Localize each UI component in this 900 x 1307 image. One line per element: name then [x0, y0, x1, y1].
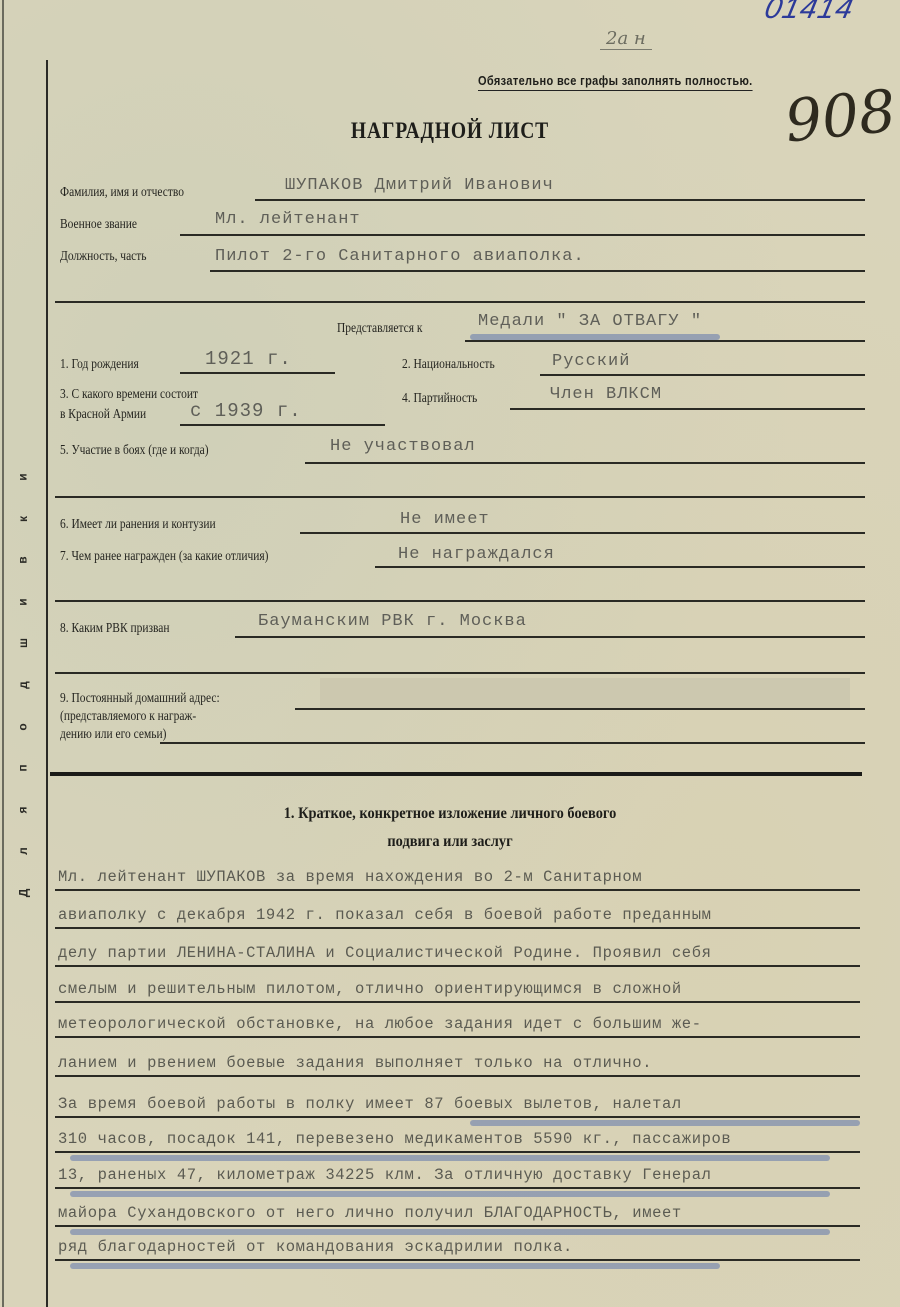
pencil-highlight — [70, 1155, 830, 1161]
margin-letter: и — [16, 473, 30, 480]
margin-letter: ш — [16, 638, 30, 648]
birth-year-line — [180, 372, 335, 374]
position-label: Должность, часть — [60, 248, 147, 264]
nominated-label: Представляется к — [337, 320, 422, 336]
wounds-line — [300, 532, 865, 534]
merit-underline — [55, 889, 860, 891]
pencil-highlight — [70, 1263, 720, 1269]
prior-awards-line-2 — [55, 600, 865, 602]
position-line-2 — [55, 301, 865, 303]
service-since-label-1: 3. С какого времени состоит — [60, 386, 198, 402]
full-name-label: Фамилия, имя и отчество — [60, 184, 184, 200]
nationality-value: Русский — [552, 352, 630, 371]
merit-text-line: 13, раненых 47, километраж 34225 клм. За… — [58, 1166, 712, 1184]
pencil-highlight — [470, 1120, 860, 1126]
battles-label: 5. Участие в боях (где и когда) — [60, 442, 209, 458]
margin-letter: о — [16, 723, 30, 730]
merit-underline — [55, 1116, 860, 1118]
battles-value: Не участвовал — [330, 437, 476, 456]
document-title: НАГРАДНОЙ ЛИСТ — [68, 118, 833, 144]
nationality-label: 2. Национальность — [402, 356, 495, 372]
rank-label: Военное звание — [60, 216, 137, 232]
margin-border-line — [46, 60, 48, 1307]
full-name-line — [255, 199, 865, 201]
party-value: Член ВЛКСМ — [550, 385, 662, 404]
prior-awards-value: Не награждался — [398, 545, 555, 564]
prior-awards-label: 7. Чем ранее награжден (за какие отличия… — [60, 548, 269, 564]
position-line — [210, 270, 865, 272]
merit-underline — [55, 1225, 860, 1227]
address-label-3: дению или его семьи) — [60, 726, 166, 742]
merit-text-line: ряд благодарностей от командования эскад… — [58, 1238, 573, 1256]
nominated-line — [465, 340, 865, 342]
birth-year-label: 1. Год рождения — [60, 356, 139, 372]
conscripted-line-2 — [55, 672, 865, 674]
section-divider — [50, 772, 862, 776]
service-since-line — [180, 424, 385, 426]
pencil-highlight — [70, 1229, 830, 1235]
service-since-value: с 1939 г. — [190, 400, 302, 422]
margin-signature-label: Д л я п о д ш и в к и — [8, 470, 38, 900]
margin-letter: я — [16, 806, 30, 813]
handwritten-note: 2а н — [600, 28, 652, 50]
prior-awards-line — [375, 566, 865, 568]
merit-underline — [55, 1187, 860, 1189]
address-line — [295, 708, 865, 710]
merit-underline — [55, 1036, 860, 1038]
merit-underline — [55, 927, 860, 929]
birth-year-value: 1921 г. — [205, 348, 292, 370]
wounds-value: Не имеет — [400, 510, 490, 529]
rank-line — [180, 234, 865, 236]
position-value: Пилот 2-го Санитарного авиаполка. — [215, 247, 585, 266]
margin-letter: д — [16, 681, 30, 689]
margin-letter: к — [16, 516, 30, 522]
conscripted-label: 8. Каким РВК призван — [60, 620, 170, 636]
merit-text-line: За время боевой работы в полку имеет 87 … — [58, 1095, 682, 1113]
wounds-label: 6. Имеет ли ранения и контузии — [60, 516, 216, 532]
merit-text-line: делу партии ЛЕНИНА-СТАЛИНА и Социалистич… — [58, 944, 712, 962]
fill-notice: Обязательно все графы заполнять полность… — [478, 74, 753, 91]
merit-text-line: Мл. лейтенант ШУПАКОВ за время нахождени… — [58, 868, 642, 886]
merit-text-line: авиаполку с декабря 1942 г. показал себя… — [58, 906, 712, 924]
section-heading-line2: подвига или заслуг — [45, 833, 855, 851]
party-label: 4. Партийность — [402, 390, 477, 406]
merit-underline — [55, 965, 860, 967]
merit-underline — [55, 1259, 860, 1261]
pencil-highlight — [70, 1191, 830, 1197]
merit-underline — [55, 1001, 860, 1003]
section-heading-line1: 1. Краткое, конкретное изложение личного… — [45, 805, 855, 823]
archive-number: 01414 — [761, 0, 857, 26]
service-since-label-2: в Красной Армии — [60, 406, 146, 422]
margin-letter: Д — [16, 889, 30, 898]
address-redacted-area — [320, 678, 850, 710]
address-label-1: 9. Постоянный домашний адрес: — [60, 690, 220, 706]
margin-letter: л — [16, 848, 30, 856]
merit-text-line: метеорологической обстановке, на любое з… — [58, 1015, 702, 1033]
battles-line-2 — [55, 496, 865, 498]
merit-text-line: майора Сухандовского от него лично получ… — [58, 1204, 682, 1222]
margin-letter: в — [16, 556, 30, 563]
merit-text-line: смелым и решительным пилотом, отлично ор… — [58, 980, 682, 998]
nationality-line — [540, 374, 865, 376]
address-line-2 — [160, 742, 865, 744]
merit-text-line: 310 часов, посадок 141, перевезено медик… — [58, 1130, 731, 1148]
full-name-value: ШУПАКОВ Дмитрий Иванович — [285, 176, 554, 195]
merit-underline — [55, 1075, 860, 1077]
rank-value: Мл. лейтенант — [215, 210, 361, 229]
page-edge — [2, 0, 4, 1307]
nominated-value: Медали " ЗА ОТВАГУ " — [478, 312, 702, 331]
margin-letter: и — [16, 598, 30, 605]
margin-letter: п — [16, 765, 30, 772]
battles-line — [305, 462, 865, 464]
address-label-2: (представляемого к награж- — [60, 708, 196, 724]
conscripted-line — [235, 636, 865, 638]
party-line — [510, 408, 865, 410]
merit-underline — [55, 1151, 860, 1153]
conscripted-value: Бауманским РВК г. Москва — [258, 612, 527, 631]
merit-text-line: ланием и рвением боевые задания выполняе… — [58, 1054, 652, 1072]
